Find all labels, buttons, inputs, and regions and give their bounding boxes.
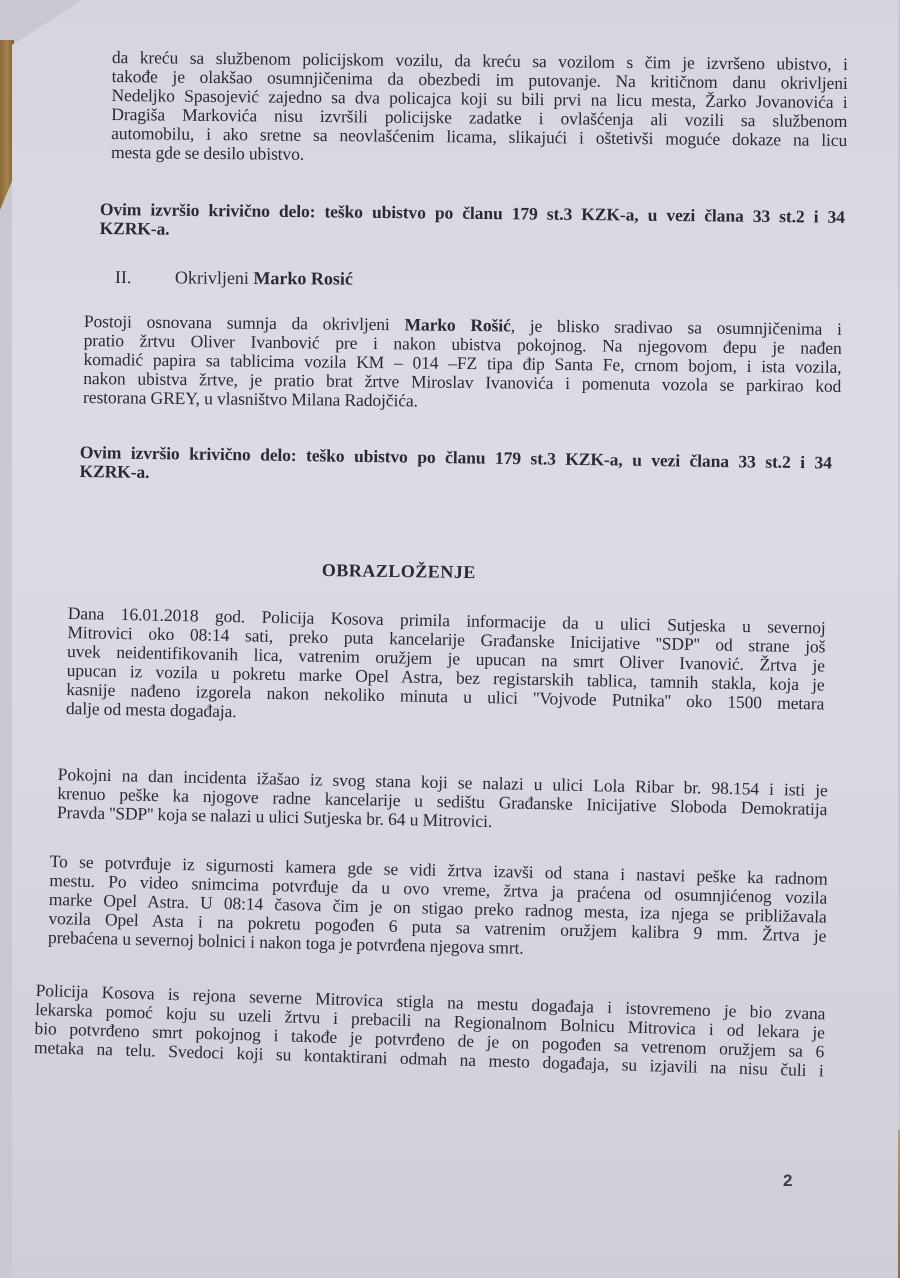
section-heading-obrazlozenje: OBRAZLOŽENJE — [322, 561, 476, 582]
paragraph-accusation-spasojevic: da kreću sa službenom policijskom vozilu… — [111, 48, 848, 169]
paragraph-camera-evidence: To se potvrđuje iz sigurnosti kamera gde… — [48, 852, 828, 965]
charge-statement-1: Ovim izvršio krivično delo: teško ubistv… — [100, 200, 845, 246]
section-heading-ii: II.Okrivljeni Marko Rosić — [115, 268, 353, 289]
defendant-name: Marko Rosić — [253, 268, 353, 289]
document-page: da kreću sa službenom policijskom vozilu… — [0, 0, 900, 1278]
defendant-name: Marko Rošić — [404, 314, 510, 335]
section-label: Okrivljeni — [175, 267, 254, 288]
paragraph-accusation-rosic: Postoji osnovana sumnja da okrivljeni Ma… — [83, 312, 842, 415]
charge-statement-2: Ovim izvršio krivično delo: teško ubistv… — [79, 443, 831, 491]
paragraph-incident-description: Dana 16.01.2018 god. Policija Kosova pri… — [66, 604, 826, 733]
paragraph-victim-movement: Pokojni na dan incidenta ižašao iz svog … — [57, 765, 828, 838]
section-number: II. — [115, 268, 175, 287]
page-number: 2 — [783, 1171, 792, 1190]
paragraph-police-response: Policija Kosova is rejona severne Mitrov… — [34, 981, 826, 1080]
